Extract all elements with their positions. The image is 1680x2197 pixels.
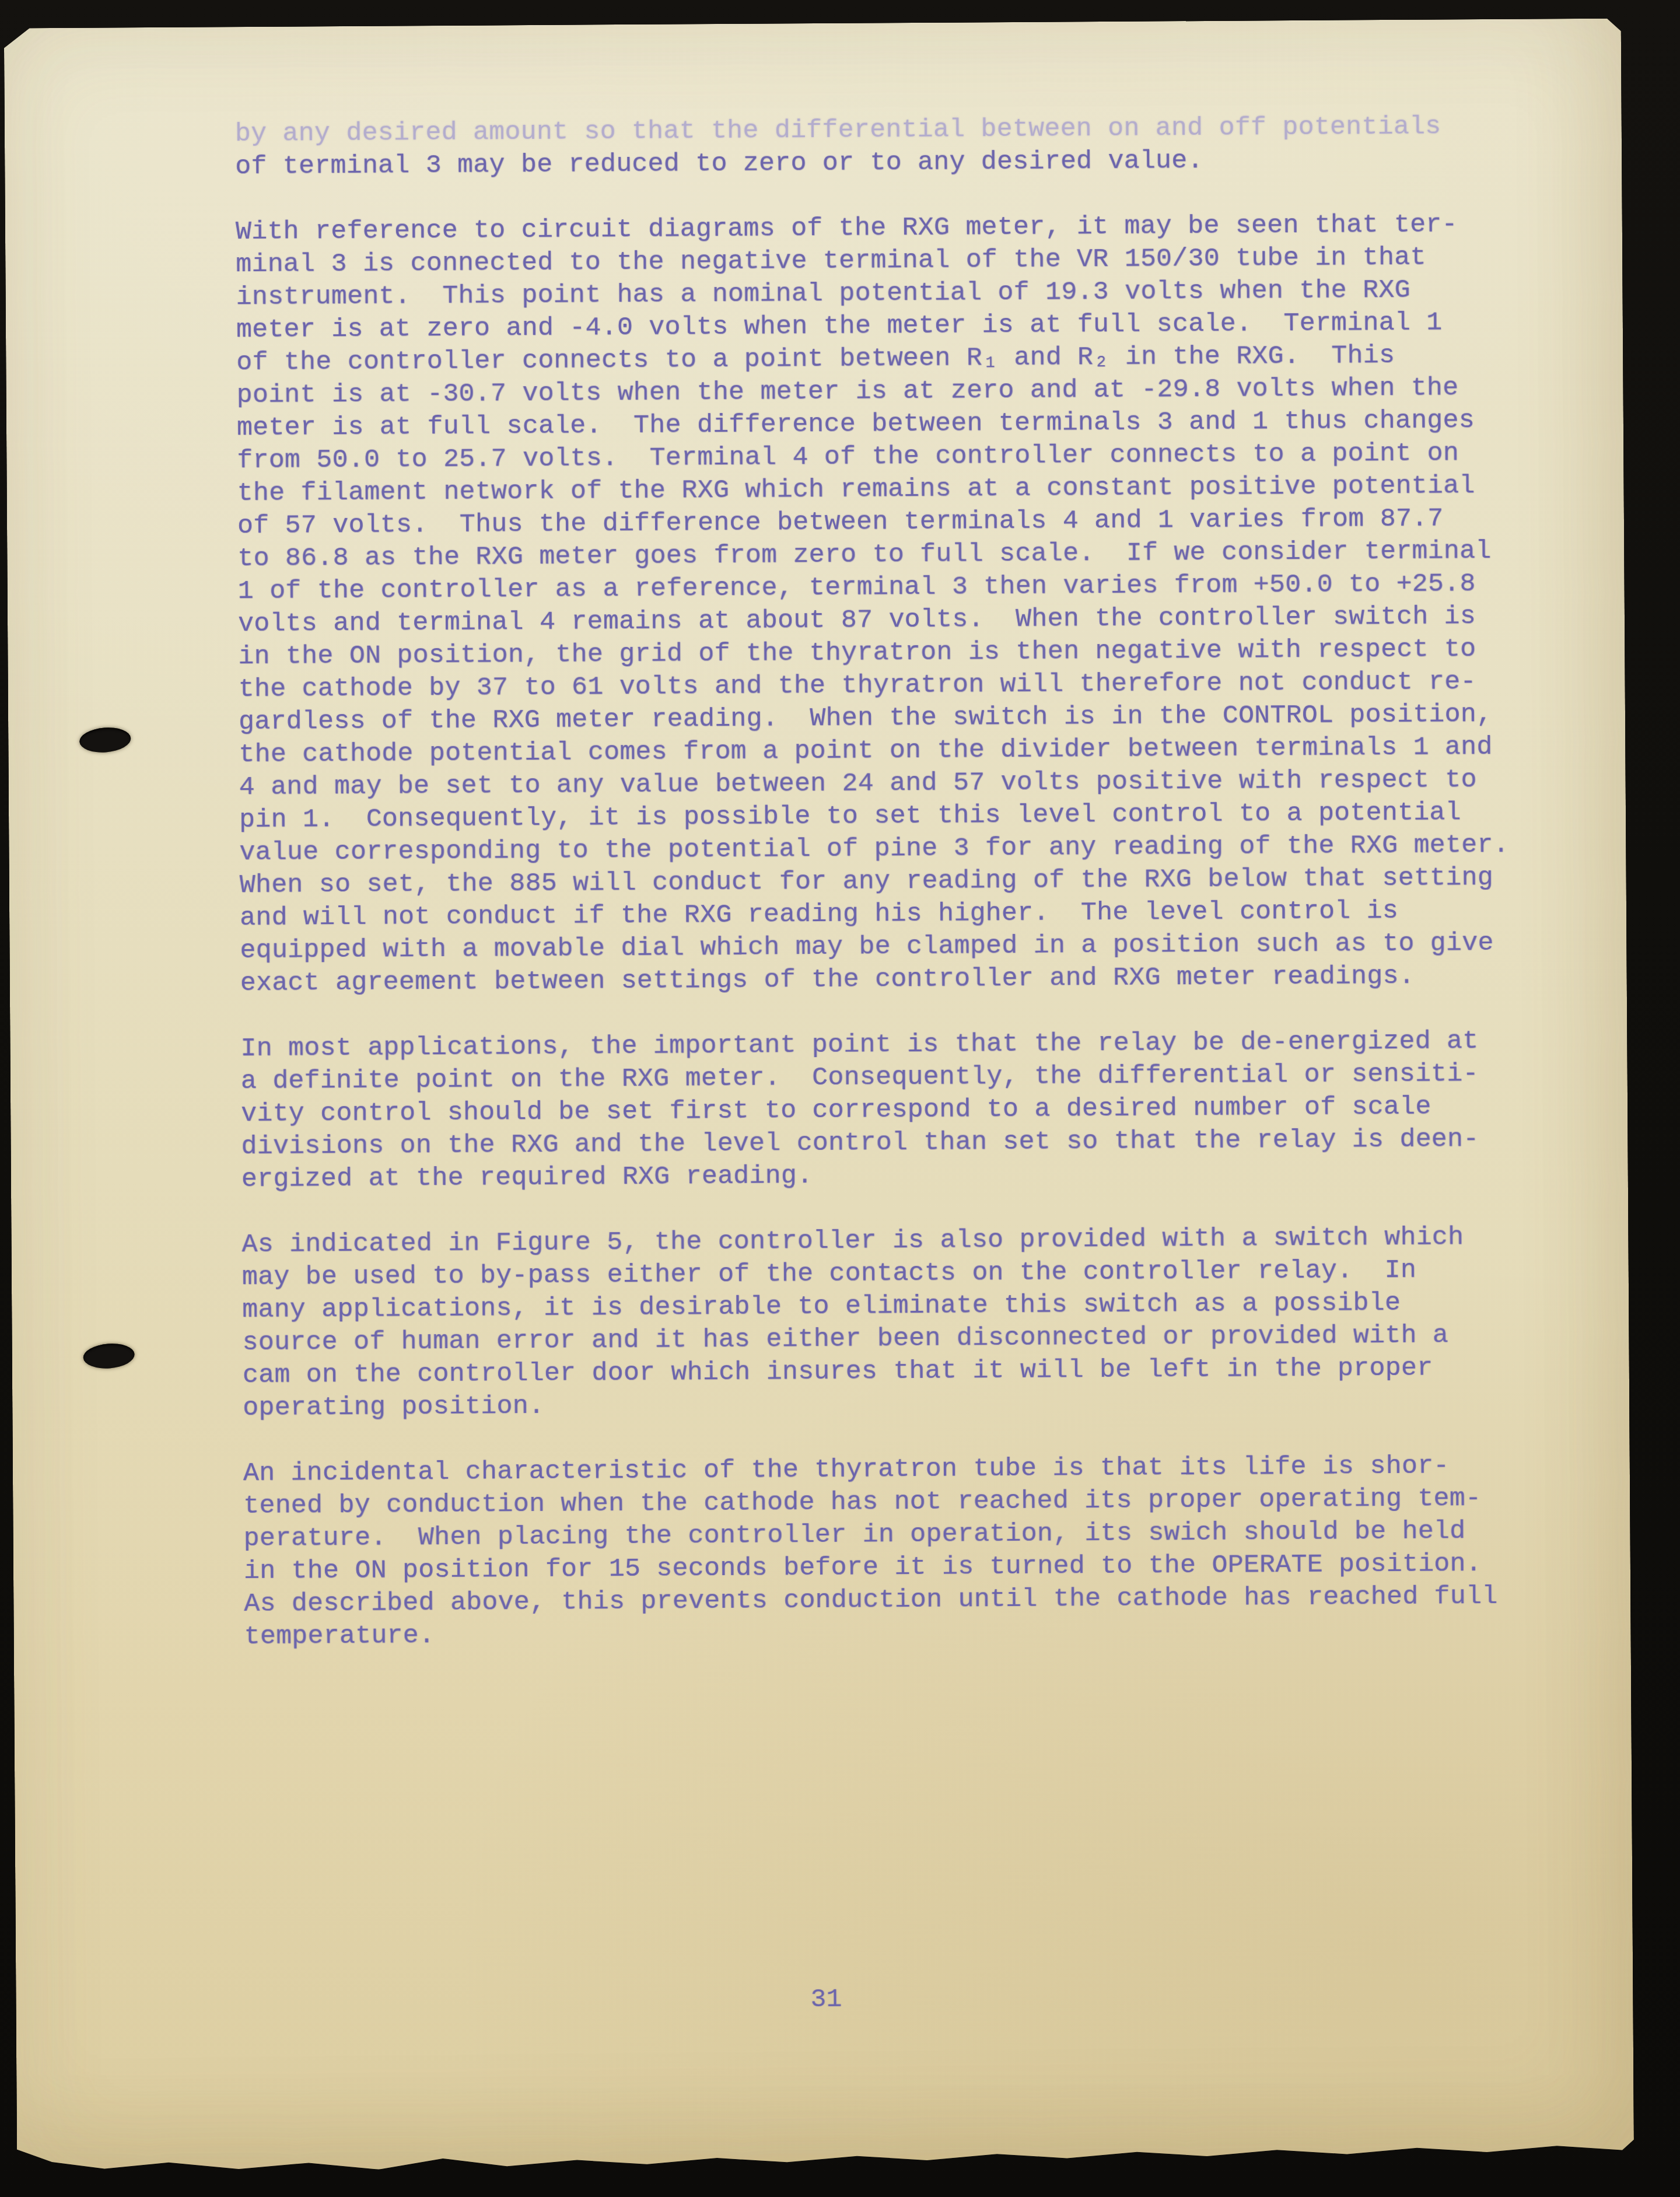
scanned-document: by any desired amount so that the differ… — [0, 0, 1680, 2197]
paragraph: As indicated in Figure 5, the controller… — [242, 1220, 1549, 1425]
paragraph: In most applications, the important poin… — [240, 1024, 1548, 1196]
paragraph: An incidental characteristic of the thyr… — [243, 1449, 1551, 1653]
page-number: 31 — [810, 1983, 842, 2016]
text-block: by any desired amount so that the differ… — [235, 110, 1551, 1653]
document-page: by any desired amount so that the differ… — [4, 19, 1634, 2177]
paragraph: by any desired amount so that the differ… — [235, 110, 1542, 183]
punch-hole-top — [79, 726, 132, 754]
punch-hole-bottom — [82, 1342, 135, 1370]
paragraph: With reference to circuit diagrams of th… — [236, 208, 1547, 1000]
